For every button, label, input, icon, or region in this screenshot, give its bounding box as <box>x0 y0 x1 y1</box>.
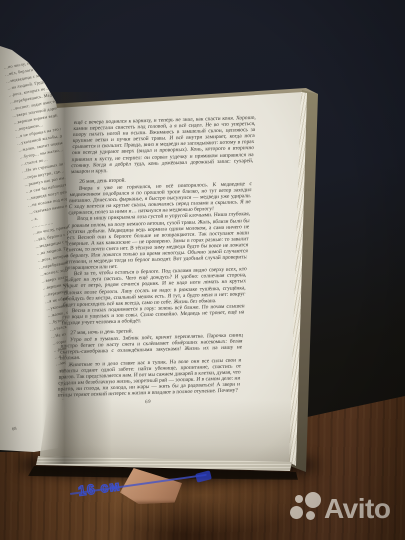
book-paragraph: Весна в глазах поднимается в гору: зелен… <box>62 303 245 326</box>
book-paragraph: Вход в нишу прикрывала лоза густой и упр… <box>65 212 250 272</box>
left-page-line: …но числу, привыкнув к ме… <box>3 52 71 71</box>
logo-dot <box>306 511 315 520</box>
page-number-left: 68 <box>12 426 17 432</box>
avito-logo-icon <box>288 492 324 528</box>
book-paragraph: Животные то и дело ставят нас в тупик. Н… <box>57 357 241 399</box>
avito-watermark: Avito <box>288 492 390 528</box>
logo-dot <box>305 492 321 508</box>
page-bottom-shading <box>40 400 295 464</box>
book-paragraph: ещё с вечера поднялся к карнизу, и тепер… <box>71 115 256 175</box>
logo-dot <box>295 495 303 503</box>
book-paragraph: Всё за то, чтобы остаться в берлоге. Под… <box>63 266 247 308</box>
right-page-text: ещё с вечера поднялся к карнизу, и тепер… <box>57 115 256 409</box>
avito-wordmark: Avito <box>324 492 390 526</box>
book-photo: …но числу, привыкнув к ме……вёл, берлога … <box>0 0 405 540</box>
logo-dot <box>290 506 303 519</box>
